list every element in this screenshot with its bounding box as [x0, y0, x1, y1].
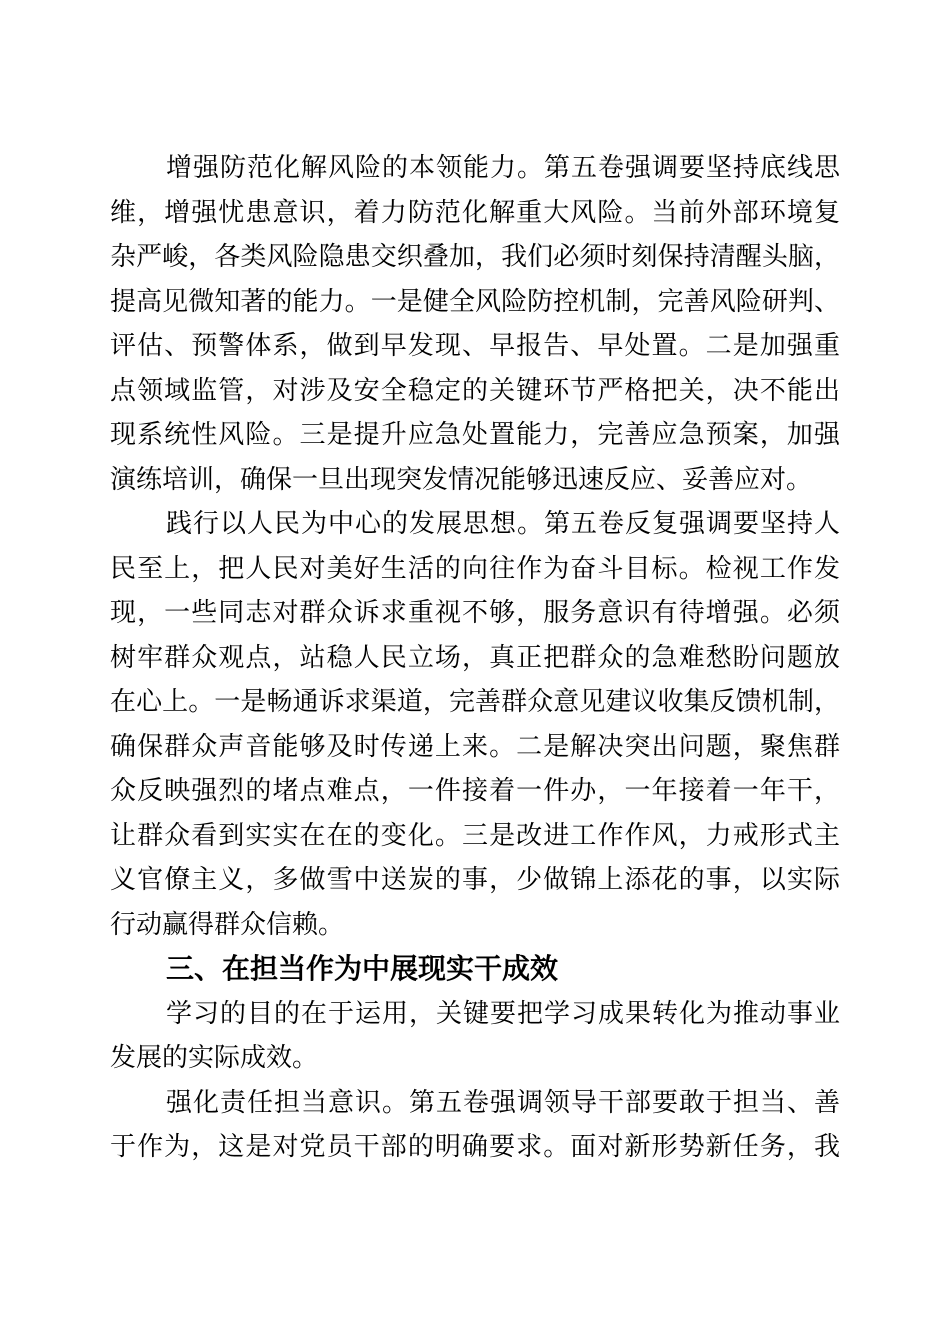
document-page: { "page": { "background_color": "#ffffff…: [0, 0, 950, 1344]
text-line: 让群众看到实实在在的变化。三是改进工作作风，力戒形式主: [110, 814, 840, 859]
text-line: 众反映强烈的堵点难点，一件接着一件办，一年接着一年干，: [110, 769, 840, 814]
text-line: 行动赢得群众信赖。: [110, 903, 840, 948]
text-line: 确保群众声音能够及时传递上来。二是解决突出问题，聚焦群: [110, 725, 840, 770]
heading-text-line: 三、在担当作为中展现实干成效: [110, 947, 840, 992]
text-line: 现，一些同志对群众诉求重视不够，服务意识有待增强。必须: [110, 591, 840, 636]
text-line: 树牢群众观点，站稳人民立场，真正把群众的急难愁盼问题放: [110, 636, 840, 681]
text-line: 提高见微知著的能力。一是健全风险防控机制，完善风险研判、: [110, 280, 840, 325]
text-line: 评估、预警体系，做到早发现、早报告、早处置。二是加强重: [110, 324, 840, 369]
section-heading-3: 三、在担当作为中展现实干成效: [110, 947, 840, 992]
text-line: 民至上，把人民对美好生活的向往作为奋斗目标。检视工作发: [110, 547, 840, 592]
page-background: 增强防范化解风险的本领能力。第五卷强调要坚持底线思 维，增强忧患意识，着力防范化…: [0, 0, 950, 1344]
text-line: 点领域监管，对涉及安全稳定的关键环节严格把关，决不能出: [110, 369, 840, 414]
text-line: 发展的实际成效。: [110, 1036, 840, 1081]
paragraph-risk-prevention: 增强防范化解风险的本领能力。第五卷强调要坚持底线思 维，增强忧患意识，着力防范化…: [110, 146, 840, 502]
paragraph-study-application: 学习的目的在于运用，关键要把学习成果转化为推动事业 发展的实际成效。: [110, 992, 840, 1081]
paragraph-responsibility: 强化责任担当意识。第五卷强调领导干部要敢于担当、善 于作为，这是对党员干部的明确…: [110, 1081, 840, 1170]
text-line: 于作为，这是对党员干部的明确要求。面对新形势新任务，我: [110, 1125, 840, 1170]
text-line: 践行以人民为中心的发展思想。第五卷反复强调要坚持人: [110, 502, 840, 547]
text-line: 演练培训，确保一旦出现突发情况能够迅速反应、妥善应对。: [110, 458, 840, 503]
text-line: 增强防范化解风险的本领能力。第五卷强调要坚持底线思: [110, 146, 840, 191]
text-line: 杂严峻，各类风险隐患交织叠加，我们必须时刻保持清醒头脑，: [110, 235, 840, 280]
text-line: 强化责任担当意识。第五卷强调领导干部要敢于担当、善: [110, 1081, 840, 1126]
text-line: 在心上。一是畅通诉求渠道，完善群众意见建议收集反馈机制，: [110, 680, 840, 725]
text-line: 现系统性风险。三是提升应急处置能力，完善应急预案，加强: [110, 413, 840, 458]
text-line: 学习的目的在于运用，关键要把学习成果转化为推动事业: [110, 992, 840, 1037]
paragraph-people-centered: 践行以人民为中心的发展思想。第五卷反复强调要坚持人 民至上，把人民对美好生活的向…: [110, 502, 840, 947]
document-body: 增强防范化解风险的本领能力。第五卷强调要坚持底线思 维，增强忧患意识，着力防范化…: [110, 146, 840, 1170]
text-line: 维，增强忧患意识，着力防范化解重大风险。当前外部环境复: [110, 191, 840, 236]
text-line: 义官僚主义，多做雪中送炭的事，少做锦上添花的事，以实际: [110, 858, 840, 903]
